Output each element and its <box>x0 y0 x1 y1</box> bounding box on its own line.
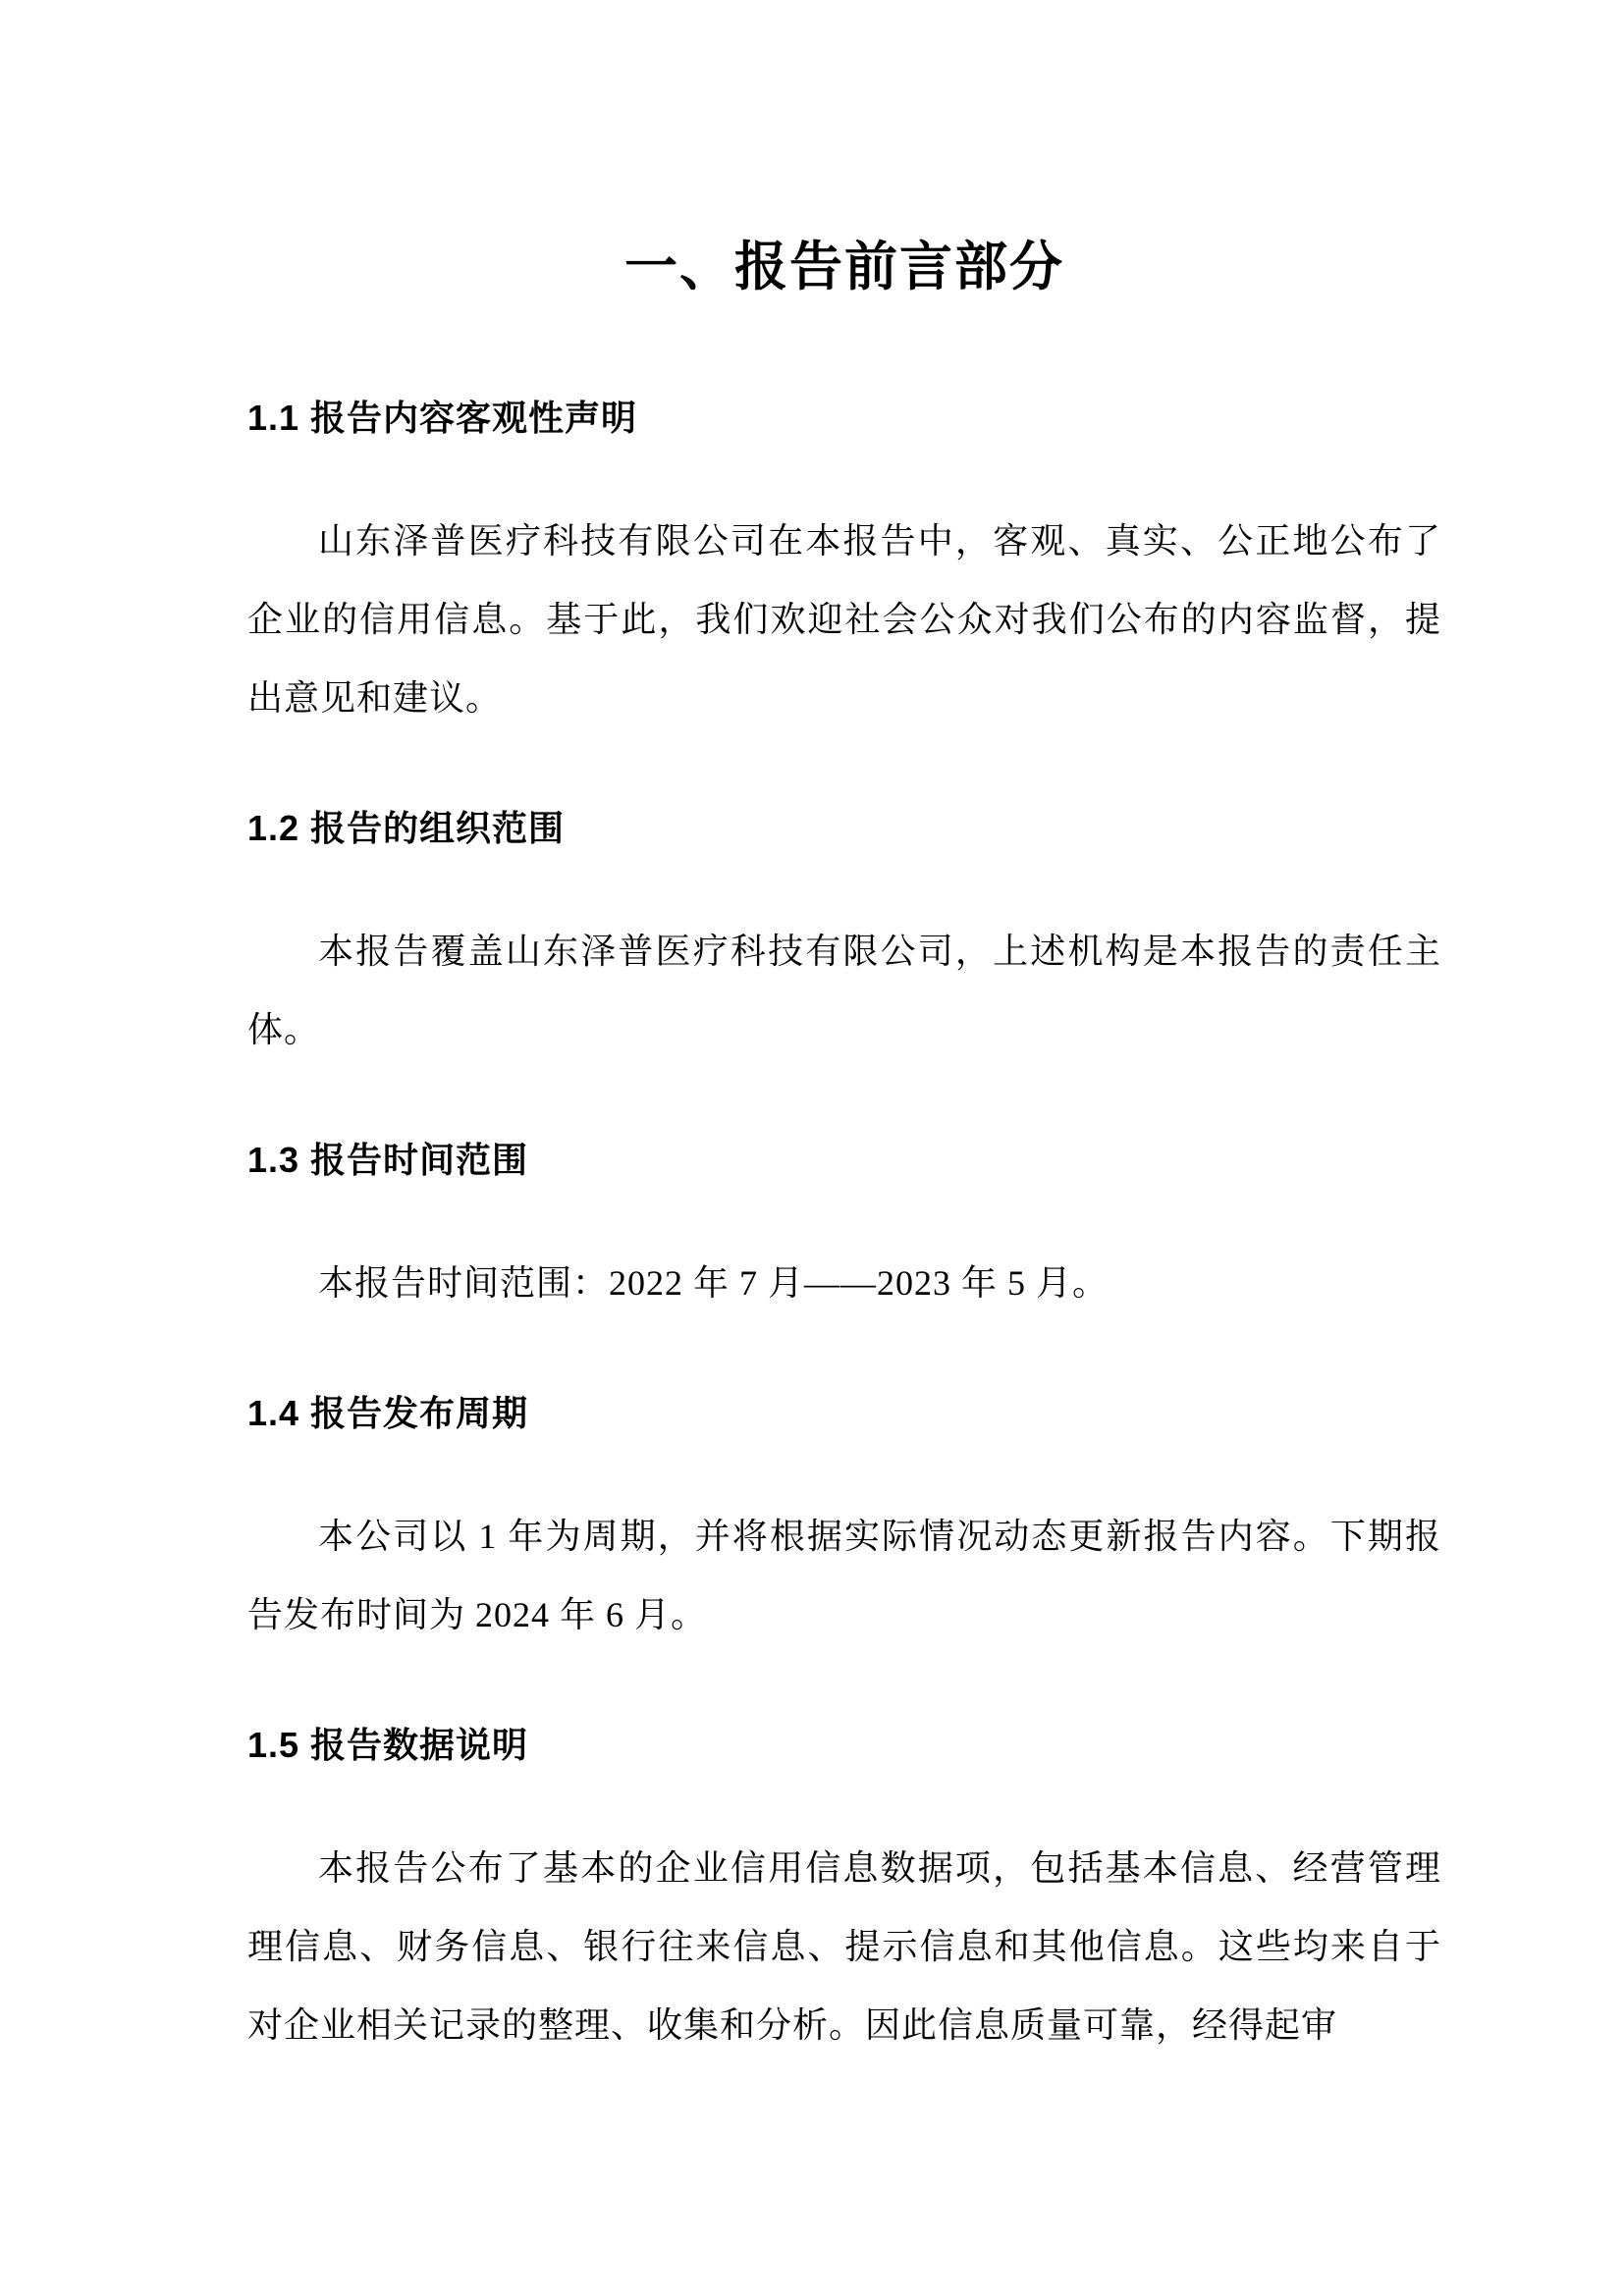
section-heading: 1.1 报告内容客观性声明 <box>247 396 1441 441</box>
section-paragraph: 山东泽普医疗科技有限公司在本报告中，客观、真实、公正地公布了企业的信用信息。基于… <box>247 502 1441 737</box>
document-page: 一、报告前言部分 1.1 报告内容客观性声明 山东泽普医疗科技有限公司在本报告中… <box>0 0 1624 2296</box>
section-1-3: 1.3 报告时间范围 本报告时间范围：2022 年 7 月——2023 年 5 … <box>247 1138 1441 1322</box>
document-title: 一、报告前言部分 <box>247 236 1441 299</box>
section-paragraph: 本报告覆盖山东泽普医疗科技有限公司，上述机构是本报告的责任主体。 <box>247 912 1441 1069</box>
section-heading: 1.5 报告数据说明 <box>247 1723 1441 1768</box>
section-heading: 1.4 报告发布周期 <box>247 1391 1441 1436</box>
section-1-1: 1.1 报告内容客观性声明 山东泽普医疗科技有限公司在本报告中，客观、真实、公正… <box>247 396 1441 737</box>
section-paragraph: 本报告公布了基本的企业信用信息数据项，包括基本信息、经营管理理信息、财务信息、银… <box>247 1829 1441 2064</box>
section-paragraph: 本公司以 1 年为周期，并将根据实际情况动态更新报告内容。下期报告发布时间为 2… <box>247 1497 1441 1654</box>
section-heading: 1.2 报告的组织范围 <box>247 806 1441 851</box>
section-1-2: 1.2 报告的组织范围 本报告覆盖山东泽普医疗科技有限公司，上述机构是本报告的责… <box>247 806 1441 1069</box>
section-1-5: 1.5 报告数据说明 本报告公布了基本的企业信用信息数据项，包括基本信息、经营管… <box>247 1723 1441 2064</box>
section-paragraph: 本报告时间范围：2022 年 7 月——2023 年 5 月。 <box>247 1244 1441 1322</box>
section-1-4: 1.4 报告发布周期 本公司以 1 年为周期，并将根据实际情况动态更新报告内容。… <box>247 1391 1441 1654</box>
section-heading: 1.3 报告时间范围 <box>247 1138 1441 1183</box>
